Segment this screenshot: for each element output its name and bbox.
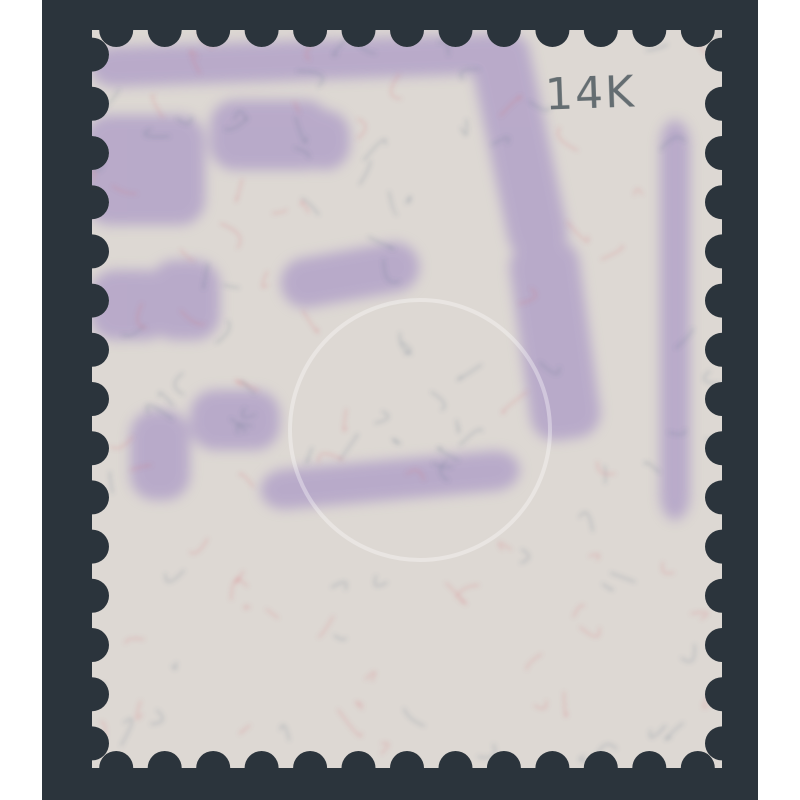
pencil-note: 14K [544,66,637,120]
stamp-reverse [0,0,800,800]
